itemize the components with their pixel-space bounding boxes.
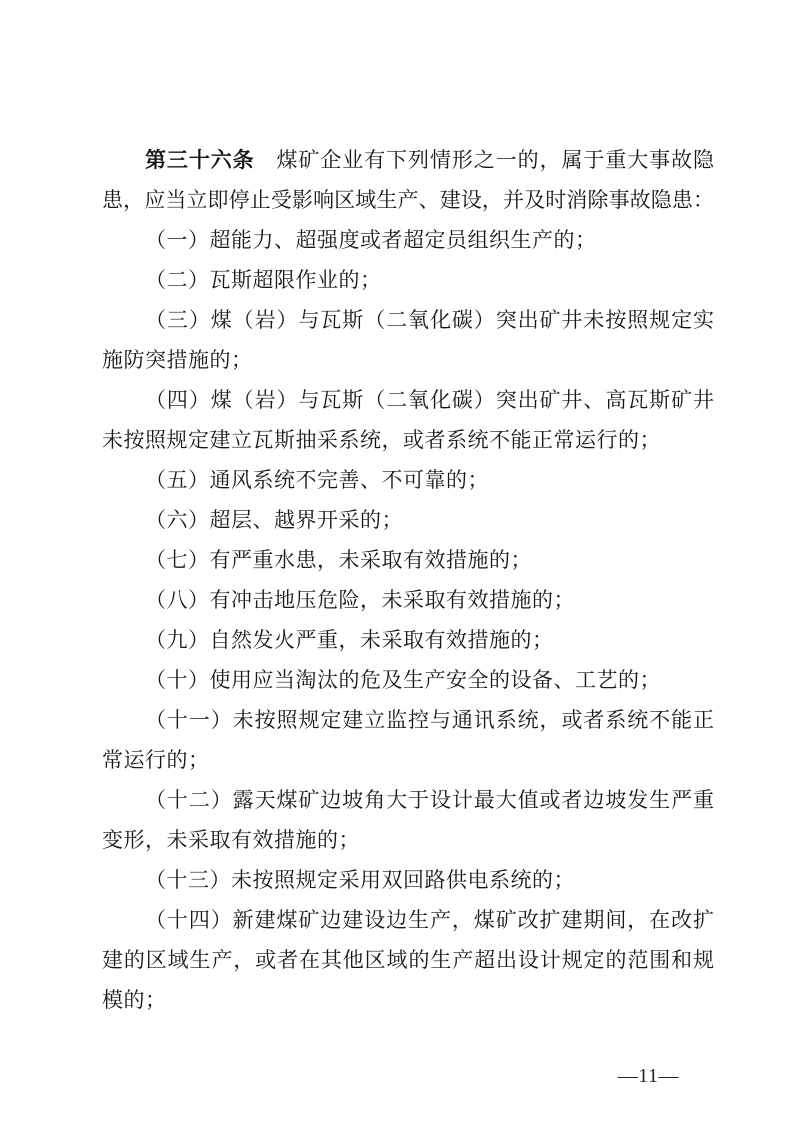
document-page: 第三十六条 煤矿企业有下列情形之一的，属于重大事故隐患，应当立即停止受影响区域生… <box>0 0 793 1122</box>
text-line: 建的区域生产，或者在其他区域的生产超出设计规定的范围和规 <box>102 940 714 980</box>
text-line: 患，应当立即停止受影响区域生产、建设，并及时消除事故隐患： <box>102 180 714 220</box>
text-line: 未按照规定建立瓦斯抽采系统，或者系统不能正常运行的； <box>102 420 714 460</box>
text-line: （二）瓦斯超限作业的； <box>102 260 714 300</box>
text-line: （九）自然发火严重，未采取有效措施的； <box>102 620 714 660</box>
article-number: 第三十六条 <box>145 149 255 172</box>
text-line: （五）通风系统不完善、不可靠的； <box>102 460 714 500</box>
text-line: （十）使用应当淘汰的危及生产安全的设备、工艺的； <box>102 660 714 700</box>
text-line: （八）有冲击地压危险，未采取有效措施的； <box>102 580 714 620</box>
text-line: （十二）露天煤矿边坡角大于设计最大值或者边坡发生严重 <box>102 780 714 820</box>
page-number: —11— <box>618 1065 679 1087</box>
text-line: （一）超能力、超强度或者超定员组织生产的； <box>102 220 714 260</box>
article-heading-gap <box>255 148 277 172</box>
text-line: 模的； <box>102 980 714 1020</box>
text-line: （三）煤（岩）与瓦斯（二氧化碳）突出矿井未按照规定实 <box>102 300 714 340</box>
page-footer: —11— <box>618 1062 679 1090</box>
text-line: （十四）新建煤矿边建设边生产，煤矿改扩建期间，在改扩 <box>102 900 714 940</box>
text-line: （六）超层、越界开采的； <box>102 500 714 540</box>
text-line: 施防突措施的； <box>102 340 714 380</box>
text-line: （十三）未按照规定采用双回路供电系统的； <box>102 860 714 900</box>
text-line: 第三十六条 煤矿企业有下列情形之一的，属于重大事故隐 <box>102 140 714 180</box>
article-body: 第三十六条 煤矿企业有下列情形之一的，属于重大事故隐患，应当立即停止受影响区域生… <box>102 140 714 1020</box>
text-line: 常运行的； <box>102 740 714 780</box>
text-line: 变形，未采取有效措施的； <box>102 820 714 860</box>
text-line: （七）有严重水患，未采取有效措施的； <box>102 540 714 580</box>
text-line: （十一）未按照规定建立监控与通讯系统，或者系统不能正 <box>102 700 714 740</box>
line-text: 煤矿企业有下列情形之一的，属于重大事故隐 <box>277 148 714 172</box>
text-line: （四）煤（岩）与瓦斯（二氧化碳）突出矿井、高瓦斯矿井 <box>102 380 714 420</box>
